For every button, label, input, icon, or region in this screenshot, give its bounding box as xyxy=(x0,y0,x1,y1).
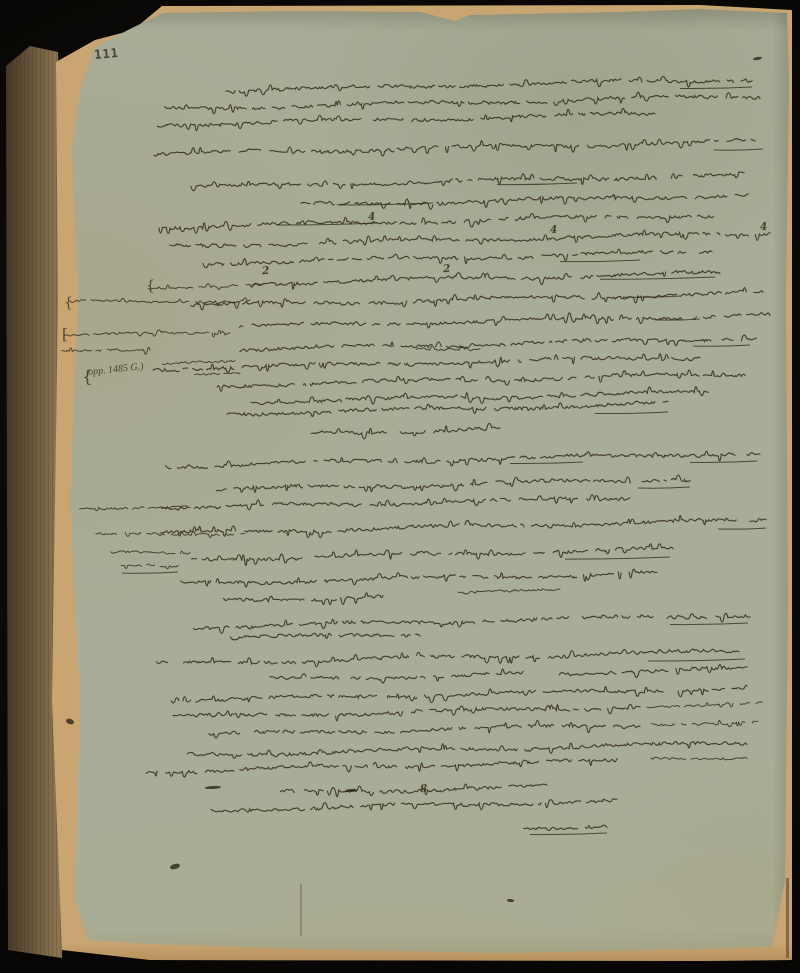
handwriting-line xyxy=(216,475,690,492)
handwriting-line xyxy=(226,77,752,97)
underline-stroke xyxy=(530,833,607,835)
handwriting-line xyxy=(524,825,607,830)
margin-gloss-line xyxy=(162,360,235,364)
handwriting-line xyxy=(160,516,766,538)
handwriting-line xyxy=(191,288,763,310)
brace-mark: { xyxy=(82,369,93,386)
scan-frame: 111 opp. 1485 G.) 444228{{[{ xyxy=(0,0,800,973)
paper-crease xyxy=(786,878,789,958)
handwriting-line xyxy=(173,704,640,721)
brace-mark: { xyxy=(64,296,73,310)
handwriting-line xyxy=(165,92,760,114)
handwriting-line xyxy=(193,613,750,633)
digit-annotation: 2 xyxy=(262,265,270,277)
margin-gloss-line xyxy=(70,298,250,306)
digit-annotation: 4 xyxy=(550,224,558,236)
margin-note-latin: opp. 1485 G.) xyxy=(88,361,144,378)
manuscript-page xyxy=(0,0,800,973)
margin-gloss-line xyxy=(96,532,245,538)
handwriting-line xyxy=(217,370,745,391)
underline-stroke xyxy=(690,461,757,462)
underline-stroke xyxy=(655,319,700,320)
handwriting-layer xyxy=(0,0,800,973)
handwriting-line xyxy=(311,423,500,438)
margin-gloss-line xyxy=(62,347,150,354)
underline-stroke xyxy=(648,659,745,661)
handwriting-line xyxy=(230,633,420,640)
underline-stroke xyxy=(510,462,583,464)
digit-annotation: 4 xyxy=(368,211,376,223)
brace-mark: [ xyxy=(62,327,68,342)
brace-mark: { xyxy=(146,279,155,293)
margin-gloss-line xyxy=(647,702,762,708)
margin-gloss-line xyxy=(651,720,758,726)
handwriting-line xyxy=(559,665,747,678)
underline-stroke xyxy=(337,203,433,205)
handwriting-line xyxy=(251,387,708,405)
handwriting-line xyxy=(181,569,657,587)
handwriting-line xyxy=(224,593,384,605)
handwriting-line xyxy=(227,401,668,416)
digit-annotation: 4 xyxy=(760,221,768,233)
handwriting-line xyxy=(240,335,757,352)
underline-stroke xyxy=(714,149,763,150)
ink-speck xyxy=(345,788,357,792)
handwriting-line xyxy=(156,649,739,667)
margin-gloss-line xyxy=(458,589,560,594)
ink-speck xyxy=(65,718,74,725)
handwriting-line xyxy=(240,313,771,328)
handwriting-line xyxy=(191,172,744,191)
underline-stroke xyxy=(638,487,690,488)
ink-speck xyxy=(170,863,181,870)
digit-annotation: 2 xyxy=(443,263,451,275)
handwriting-line xyxy=(192,544,673,566)
handwriting-line xyxy=(166,451,761,468)
paper-crease xyxy=(300,884,302,936)
underline-stroke xyxy=(670,623,748,625)
underline-stroke xyxy=(600,277,715,279)
folio-number: 111 xyxy=(94,45,120,62)
handwriting-line xyxy=(209,720,640,738)
handwriting-line xyxy=(270,669,523,683)
margin-gloss-line xyxy=(64,330,230,337)
underline-stroke xyxy=(718,528,766,529)
handwriting-line xyxy=(162,495,630,510)
margin-gloss-line xyxy=(80,506,190,511)
underline-stroke xyxy=(623,296,680,297)
margin-gloss-line xyxy=(148,283,265,289)
handwriting-overlay: 111 opp. 1485 G.) 444228{{[{ xyxy=(0,0,800,973)
underline-stroke xyxy=(693,345,750,346)
ink-speck xyxy=(205,786,221,790)
margin-gloss-line xyxy=(195,373,240,375)
digit-annotation: 8 xyxy=(420,783,428,795)
handwriting-line xyxy=(171,685,747,703)
handwriting-line xyxy=(280,784,547,797)
margin-gloss-line xyxy=(416,346,480,351)
page-edge-shading xyxy=(0,0,800,973)
handwriting-line xyxy=(187,741,747,758)
handwriting-line xyxy=(157,108,655,130)
handwriting-line xyxy=(170,230,770,247)
underline-stroke xyxy=(122,572,178,573)
handwriting-line xyxy=(154,139,755,157)
handwriting-line xyxy=(301,194,749,209)
handwriting-line xyxy=(159,214,714,234)
underline-stroke xyxy=(277,223,377,225)
underline-stroke xyxy=(595,412,668,414)
underline-stroke xyxy=(565,557,670,559)
ink-speck xyxy=(507,899,514,903)
margin-gloss-line xyxy=(121,564,178,569)
underlying-page-edge xyxy=(0,0,800,973)
underline-stroke xyxy=(680,87,752,89)
handwriting-line xyxy=(252,271,720,289)
handwriting-line xyxy=(146,759,617,777)
handwriting-line xyxy=(211,799,617,812)
underline-stroke xyxy=(497,183,577,185)
underline-stroke xyxy=(560,260,640,262)
handwriting-line xyxy=(203,249,712,268)
book-page-edges xyxy=(0,0,800,973)
margin-gloss-line xyxy=(111,551,190,554)
ink-speck xyxy=(753,56,762,61)
margin-gloss-line xyxy=(651,757,747,760)
handwriting-line xyxy=(153,354,700,373)
